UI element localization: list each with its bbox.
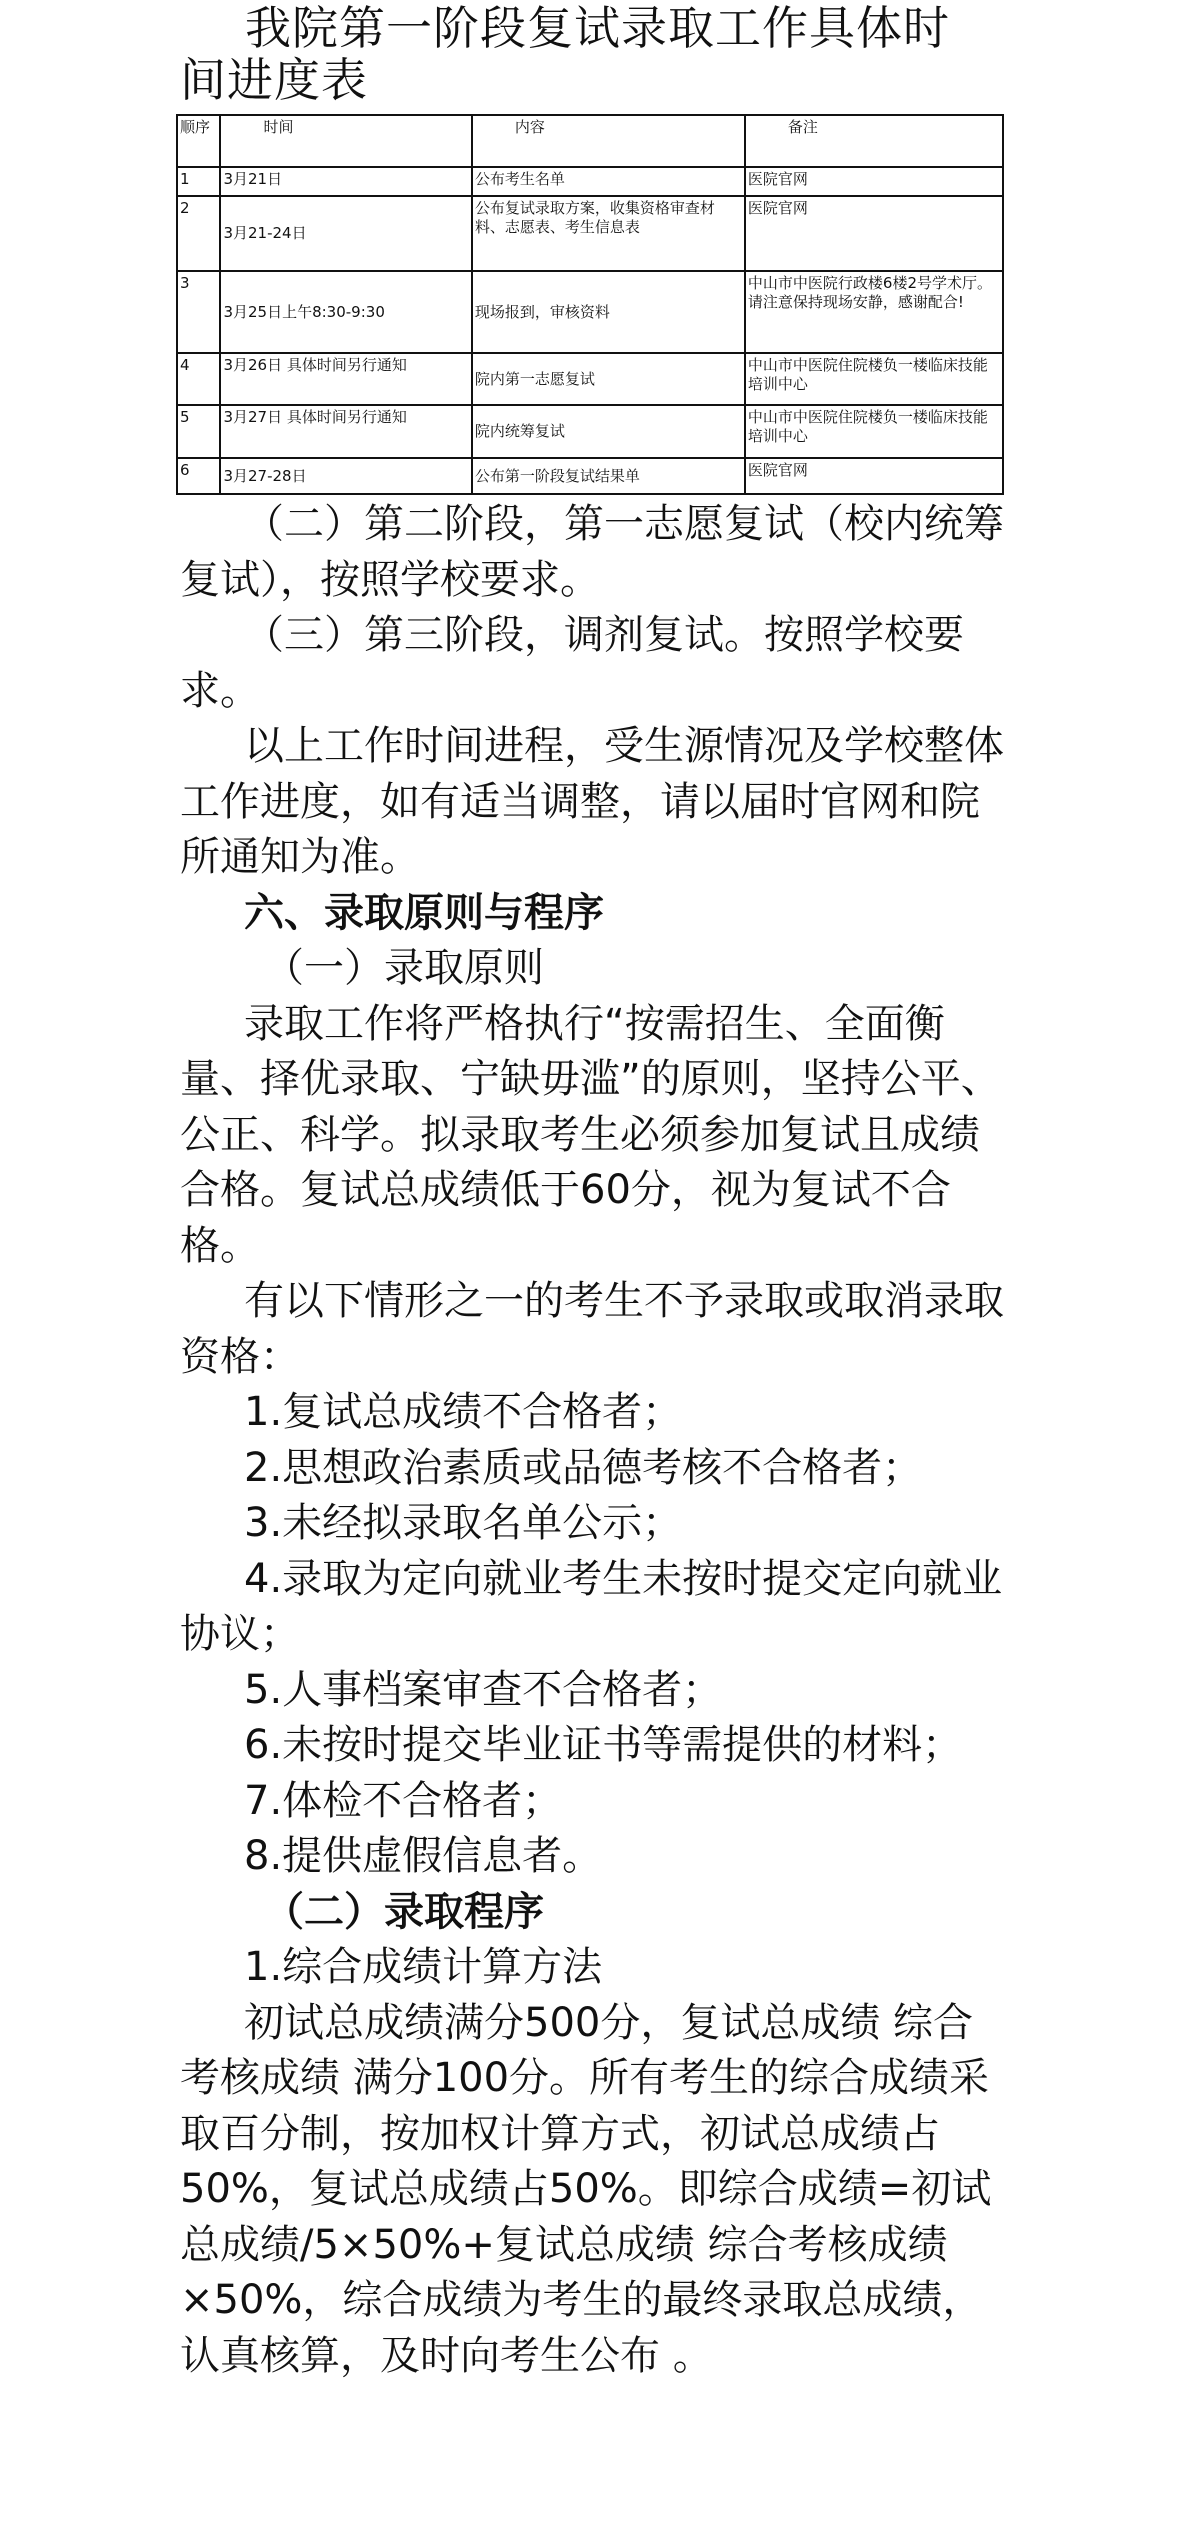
table-row: 2 3月21-24日 公布复试录取方案，收集资格审查材料、志愿表、考生信息表 医… — [177, 196, 1003, 271]
disqualify-item: 5.人事档案审查不合格者； — [180, 1663, 1010, 1719]
cell-content: 公布复试录取方案，收集资格审查材料、志愿表、考生信息表 — [472, 196, 745, 271]
calc-paragraph: 初试总成绩满分500分，复试总成绩 综合考核成绩 满分100分。所有考生的综合成… — [180, 1996, 1010, 2385]
cell-note: 医院官网 — [745, 458, 1003, 494]
cell-content: 院内第一志愿复试 — [472, 353, 745, 405]
cell-order: 6 — [177, 458, 220, 494]
header-time: 时间 — [220, 115, 471, 167]
title-line-1: 我院第一阶段复试录取工作具体时 — [180, 2, 1020, 54]
document-title: 我院第一阶段复试录取工作具体时 间进度表 — [180, 2, 1020, 106]
header-note: 备注 — [745, 115, 1003, 167]
procedure-subheading: （二）录取程序 — [180, 1885, 1010, 1941]
cell-content: 公布第一阶段复试结果单 — [472, 458, 745, 494]
disqualify-item: 3.未经拟录取名单公示； — [180, 1496, 1010, 1552]
cell-time: 3月21-24日 — [220, 196, 471, 271]
disqualify-item: 8.提供虚假信息者。 — [180, 1829, 1010, 1885]
cell-order: 1 — [177, 167, 220, 196]
table-header-row: 顺序 时间 内容 备注 — [177, 115, 1003, 167]
disqualify-item: 1.复试总成绩不合格者； — [180, 1385, 1010, 1441]
header-order: 顺序 — [177, 115, 220, 167]
table-row: 5 3月27日 具体时间另行通知 院内统筹复试 中山市中医院住院楼负一楼临床技能… — [177, 405, 1003, 458]
cell-note: 医院官网 — [745, 167, 1003, 196]
cell-time: 3月27日 具体时间另行通知 — [220, 405, 471, 458]
cell-note: 中山市中医院住院楼负一楼临床技能培训中心 — [745, 405, 1003, 458]
cell-content: 院内统筹复试 — [472, 405, 745, 458]
schedule-table: 顺序 时间 内容 备注 1 3月21日 公布考生名单 医院官网 2 3月21-2… — [176, 114, 1004, 495]
cell-time: 3月21日 — [220, 167, 471, 196]
table-row: 1 3月21日 公布考生名单 医院官网 — [177, 167, 1003, 196]
cell-order: 4 — [177, 353, 220, 405]
document-body: （二）第二阶段，第一志愿复试（校内统筹复试），按照学校要求。 （三）第三阶段，调… — [180, 497, 1010, 2384]
table-row: 6 3月27-28日 公布第一阶段复试结果单 医院官网 — [177, 458, 1003, 494]
disqualify-item: 7.体检不合格者； — [180, 1774, 1010, 1830]
cell-order: 2 — [177, 196, 220, 271]
stage2-paragraph: （二）第二阶段，第一志愿复试（校内统筹复试），按照学校要求。 — [180, 497, 1010, 608]
disqualify-item: 6.未按时提交毕业证书等需提供的材料； — [180, 1718, 1010, 1774]
disqualify-intro: 有以下情形之一的考生不予录取或取消录取资格： — [180, 1274, 1010, 1385]
principle-subheading: （一）录取原则 — [180, 941, 1010, 997]
cell-time: 3月26日 具体时间另行通知 — [220, 353, 471, 405]
cell-time: 3月25日上午8:30-9:30 — [220, 271, 471, 353]
cell-order: 5 — [177, 405, 220, 458]
title-line-2: 间进度表 — [180, 53, 368, 107]
header-content: 内容 — [472, 115, 745, 167]
cell-note: 中山市中医院行政楼6楼2号学术厅。请注意保持现场安静，感谢配合! — [745, 271, 1003, 353]
section6-heading: 六、录取原则与程序 — [180, 886, 1010, 942]
cell-content: 公布考生名单 — [472, 167, 745, 196]
disqualify-item: 2.思想政治素质或品德考核不合格者； — [180, 1441, 1010, 1497]
stage3-paragraph: （三）第三阶段，调剂复试。按照学校要求。 — [180, 608, 1010, 719]
cell-content: 现场报到，审核资料 — [472, 271, 745, 353]
adjust-note-paragraph: 以上工作时间进程，受生源情况及学校整体工作进度，如有适当调整，请以届时官网和院所… — [180, 719, 1010, 886]
cell-order: 3 — [177, 271, 220, 353]
principle-paragraph: 录取工作将严格执行“按需招生、全面衡量、择优录取、宁缺毋滥”的原则，坚持公平、公… — [180, 997, 1010, 1275]
disqualify-item: 4.录取为定向就业考生未按时提交定向就业协议； — [180, 1552, 1010, 1663]
calc-heading: 1.综合成绩计算方法 — [180, 1940, 1010, 1996]
table-row: 3 3月25日上午8:30-9:30 现场报到，审核资料 中山市中医院行政楼6楼… — [177, 271, 1003, 353]
cell-note: 中山市中医院住院楼负一楼临床技能培训中心 — [745, 353, 1003, 405]
table-row: 4 3月26日 具体时间另行通知 院内第一志愿复试 中山市中医院住院楼负一楼临床… — [177, 353, 1003, 405]
cell-note: 医院官网 — [745, 196, 1003, 271]
cell-time: 3月27-28日 — [220, 458, 471, 494]
